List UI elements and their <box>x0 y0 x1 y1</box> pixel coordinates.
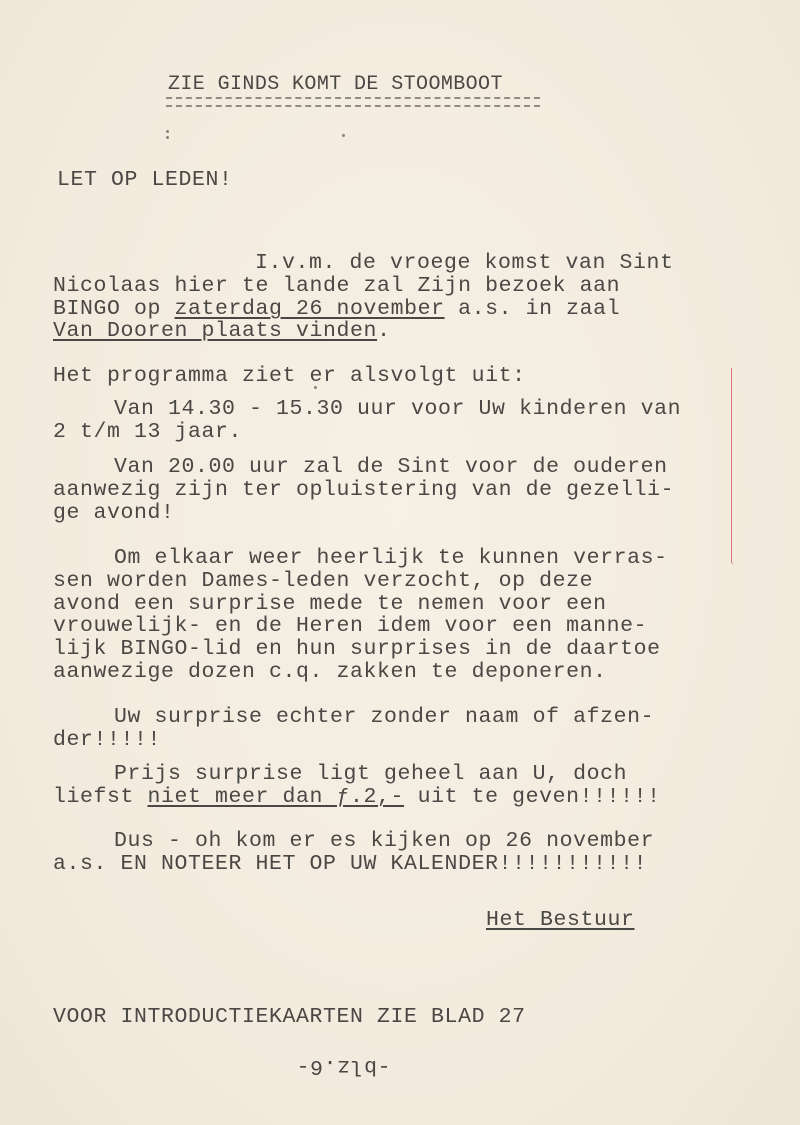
anonymous-line1: Uw surprise echter zonder naam of afzen- <box>114 705 654 729</box>
program-children-line1: Van 14.30 - 15.30 uur voor Uw kinderen v… <box>114 397 681 421</box>
stray-mark <box>166 130 169 133</box>
paragraph1-line4: Van Dooren plaats vinden. <box>53 319 391 343</box>
price-line2: liefst niet meer dan ƒ.2,- uit te geven!… <box>53 785 661 809</box>
surprise-line1: Om elkaar weer heerlijk te kunnen verras… <box>114 546 668 570</box>
venue-underlined: Van Dooren plaats vinden <box>53 319 377 343</box>
surprise-line6: aanwezige dozen c.q. zakken te deponeren… <box>53 660 607 684</box>
paragraph1-line2: Nicolaas hier te lande zal Zijn bezoek a… <box>53 274 620 298</box>
signature: Het Bestuur <box>486 908 635 932</box>
document-page: ZIE GINDS KOMT DE STOOMBOOT LET OP LEDEN… <box>0 0 800 1125</box>
stray-mark <box>342 134 345 137</box>
price-line1: Prijs surprise ligt geheel aan U, doch <box>114 762 627 786</box>
red-pencil-margin-mark <box>731 368 735 565</box>
closing-line2: a.s. EN NOTEER HET OP UW KALENDER!!!!!!!… <box>53 852 647 876</box>
document-title: ZIE GINDS KOMT DE STOOMBOOT <box>168 73 503 97</box>
anonymous-line2: der!!!!! <box>53 728 161 752</box>
closing-line1: Dus - oh kom er es kijken op 26 november <box>114 829 654 853</box>
surprise-line5: lijk BINGO-lid en hun surprises in de da… <box>53 637 661 661</box>
program-adults-line2: aanwezig zijn ter opluistering van de ge… <box>53 478 674 502</box>
page-number: -blz.6- <box>296 1054 391 1078</box>
footer-note: VOOR INTRODUCTIEKAARTEN ZIE BLAD 27 <box>53 1005 526 1029</box>
program-adults-line3: ge avond! <box>53 501 175 525</box>
date-underlined: zaterdag 26 november <box>175 297 445 321</box>
program-adults-line1: Van 20.00 uur zal de Sint voor de oudere… <box>114 455 668 479</box>
program-children-line2: 2 t/m 13 jaar. <box>53 420 242 444</box>
paragraph1-line1: I.v.m. de vroege komst van Sint <box>255 251 674 275</box>
title-double-underline <box>166 97 540 107</box>
stray-mark <box>166 136 169 139</box>
surprise-line3: avond een surprise mede te nemen voor ee… <box>53 592 607 616</box>
greeting: LET OP LEDEN! <box>57 168 233 192</box>
stray-mark <box>314 386 317 389</box>
surprise-line4: vrouwelijk- en de Heren idem voor een ma… <box>53 614 647 638</box>
price-limit-underlined: niet meer dan ƒ.2,- <box>148 785 405 809</box>
surprise-line2: sen worden Dames-leden verzocht, op deze <box>53 569 593 593</box>
program-intro: Het programma ziet er alsvolgt uit: <box>53 364 526 388</box>
page-number-text: -blz.6- <box>296 1054 391 1078</box>
paragraph1-line3: BINGO op zaterdag 26 november a.s. in za… <box>53 297 620 321</box>
